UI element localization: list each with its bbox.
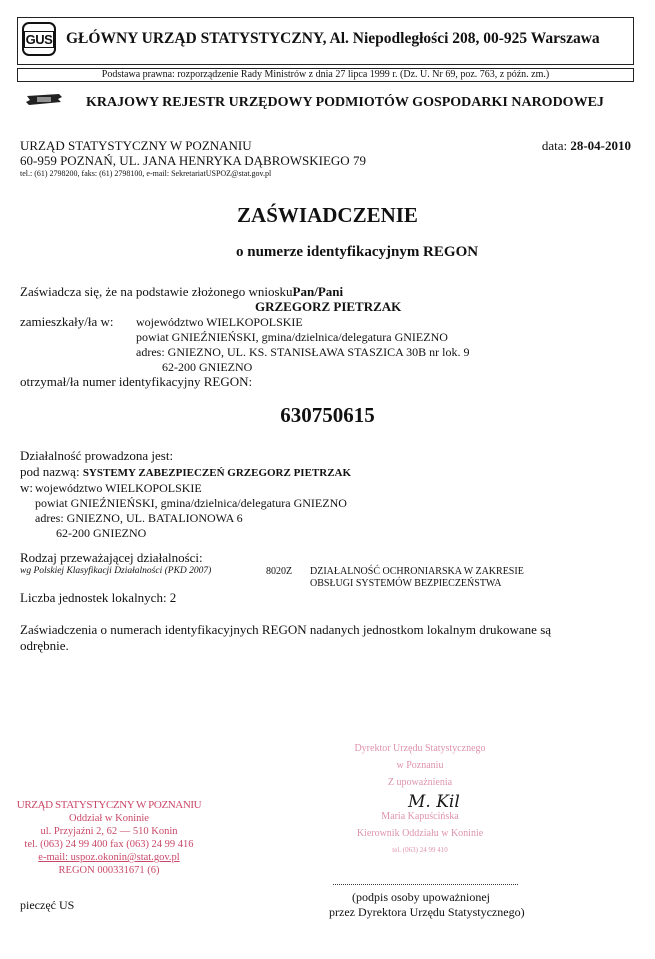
residence-district: powiat GNIEŹNIEŃSKI, gmina/dzielnica/del… [136,330,448,345]
business-intro: Działalność prowadzona jest: [20,448,173,464]
stamp-office-regon: REGON 000331671 (6) [0,864,224,877]
certificate-subtitle: o numerze identyfikacyjnym REGON [236,244,478,261]
stamp-label: pieczęć US [20,898,74,913]
business-address: adres: GNIEZNO, UL. BATALIONOWA 6 [35,511,243,526]
regon-registry-logo-icon [25,93,63,106]
gus-logo-icon: GUS [22,22,56,56]
regon-number: 630750615 [0,403,655,428]
business-name: SYSTEMY ZABEZPIECZEŃ GRZEGORZ PIETRZAK [83,467,351,479]
residence-postal: 62-200 GNIEZNO [162,360,252,375]
gus-logo-text: GUS [24,31,55,48]
activity-description-2: OBSŁUGI SYSTEMÓW BEZPIECZEŃSTWA [310,578,501,589]
stamp-office-line4: tel. (063) 24 99 400 fax (063) 24 99 416 [0,838,224,851]
signature-stamp-line2: w Poznaniu [330,757,510,774]
date-value: 28-04-2010 [570,138,631,153]
handwritten-signature: M. Kil [408,792,460,812]
signature-stamp-line3: Z upoważnienia [330,774,510,791]
business-location-label: w: [20,480,33,496]
office-contact: tel.: (61) 2798200, faks: (61) 2798100, … [20,169,271,178]
header-title: GŁÓWNY URZĄD STATYSTYCZNY, Al. Niepodleg… [66,30,600,48]
salutation: Pan/Pani [293,284,344,299]
office-address: 60-959 POZNAŃ, UL. JANA HENRYKA DĄBROWSK… [20,153,366,169]
residence-label: zamieszkały/ła w: [20,314,114,330]
local-units-count: Liczba jednostek lokalnych: 2 [20,590,176,606]
stamp-office-line1: URZĄD STATYSTYCZNY W POZNANIU [0,799,224,812]
pkd-classification: wg Polskiej Klasyfikacji Działalności (P… [20,566,211,576]
intro-text: Zaświadcza się, że na podstawie złożoneg… [20,284,293,299]
certificate-intro: Zaświadcza się, że na podstawie złożoneg… [20,284,343,300]
business-district: powiat GNIEŹNIEŃSKI, gmina/dzielnica/del… [35,496,347,511]
office-stamp: URZĄD STATYSTYCZNY W POZNANIU Oddział w … [0,799,224,877]
business-postal: 62-200 GNIEZNO [56,526,146,541]
activity-description-1: DZIAŁALNOŚĆ OCHRONIARSKA W ZAKRESIE [310,566,524,577]
stamp-office-line3: ul. Przyjaźni 2, 62 — 510 Konin [0,825,224,838]
activity-label: Rodzaj przeważającej działalności: [20,550,203,566]
certificate-title: ZAŚWIADCZENIE [0,203,655,228]
pkd-code: 8020Z [266,566,292,577]
signature-caption-2: przez Dyrektora Urzędu Statystycznego) [329,905,525,920]
person-name: GRZEGORZ PIETRZAK [255,299,401,315]
stamp-office-line2: Oddział w Koninie [0,812,224,825]
business-voivodeship: województwo WIELKOPOLSKIE [35,481,202,496]
stamp-office-email: e-mail: uspoz.okonin@stat.gov.pl [0,851,224,864]
local-units-note-2: odrębnie. [20,638,69,654]
local-units-note-1: Zaświadczenia o numerach identyfikacyjny… [20,622,551,638]
business-name-label: pod nazwą: [20,464,80,479]
received-label: otrzymał/ła numer identyfikacyjny REGON: [20,374,252,390]
office-name: URZĄD STATYSTYCZNY W POZNANIU [20,138,252,154]
business-name-row: pod nazwą: SYSTEMY ZABEZPIECZEŃ GRZEGORZ… [20,464,351,480]
date-label: data: [542,138,567,153]
signature-line [333,884,518,885]
legal-basis: Podstawa prawna: rozporządzenie Rady Min… [17,68,634,82]
signature-stamp-line5: Kierownik Oddziału w Koninie [330,825,510,842]
document-date: data: 28-04-2010 [542,138,631,154]
residence-address: adres: GNIEZNO, UL. KS. STANISŁAWA STASZ… [136,345,469,360]
signature-caption-1: (podpis osoby upoważnionej [352,890,490,905]
registry-title: KRAJOWY REJESTR URZĘDOWY PODMIOTÓW GOSPO… [86,95,604,111]
signature-stamp-line1: Dyrektor Urzędu Statystycznego [330,740,510,757]
residence-voivodeship: województwo WIELKOPOLSKIE [136,315,303,330]
signature-stamp-line6: tel. (063) 24 99 410 [330,842,510,859]
